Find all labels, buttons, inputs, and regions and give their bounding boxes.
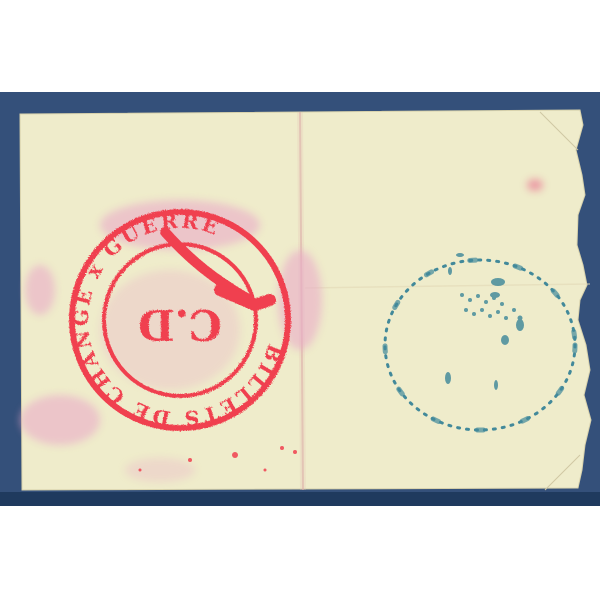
note-photograph: BILLETS DE CHANGE x GUERRE C.D bbox=[0, 0, 600, 600]
stamp-center-text: C.D bbox=[138, 300, 222, 349]
